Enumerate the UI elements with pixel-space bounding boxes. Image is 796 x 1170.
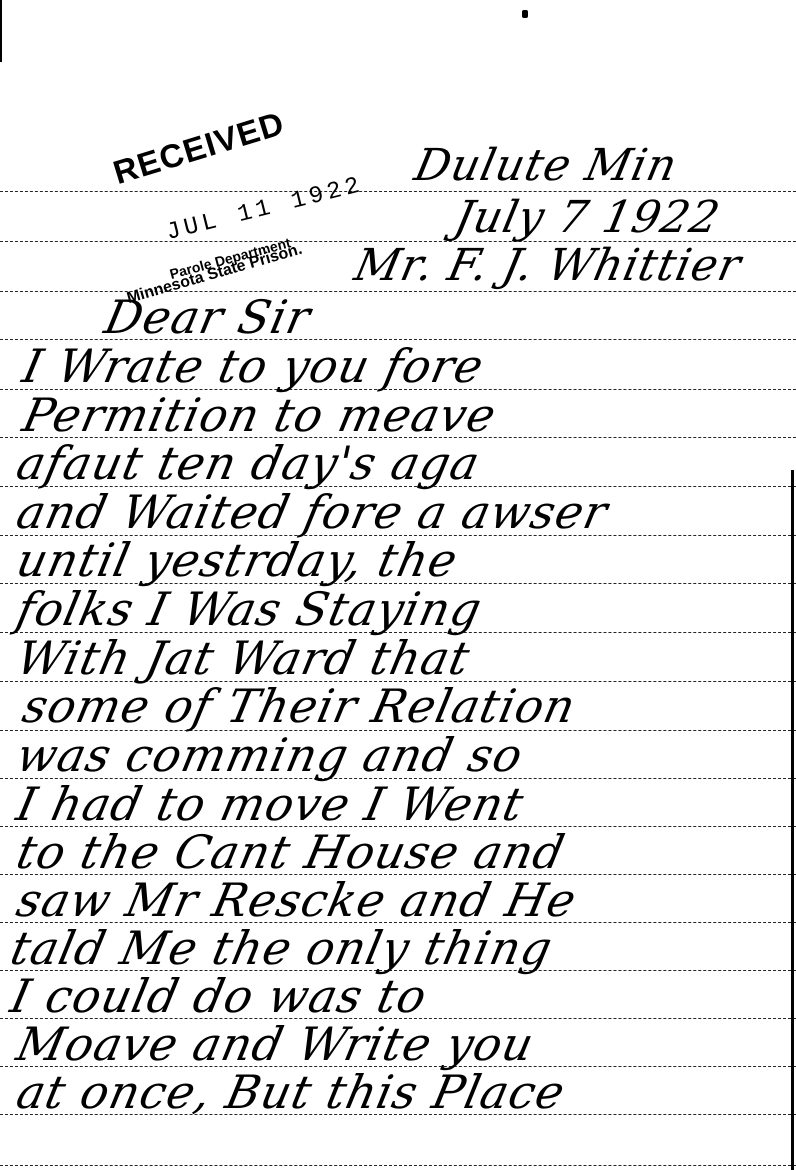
body-line: afaut ten day's aga [12, 436, 485, 490]
body-line: I could do was to [6, 969, 432, 1023]
letter-addressee: Mr. F. J. Whittier [350, 240, 746, 291]
letter-date: July 7 1922 [450, 192, 725, 243]
stamp-date: JUL 11 1922 [163, 172, 366, 247]
body-line: tald Me the only thing [6, 921, 558, 975]
body-line: Moave and Write you [12, 1017, 539, 1071]
body-line: some of Their Relation [18, 679, 581, 733]
body-line: saw Mr Rescke and He [12, 873, 582, 927]
stamp-title: RECEIVED [109, 104, 289, 192]
body-line: Permition to meave [18, 388, 501, 442]
body-line: and Waited fore a awser [12, 485, 613, 539]
body-line: I Wrate to you fore [18, 339, 489, 393]
body-line: at once, But this Place [12, 1065, 570, 1119]
page-left-edge [0, 0, 2, 62]
body-line: folks I Was Staying [12, 582, 487, 636]
body-line: until yestrday, the [12, 533, 463, 587]
letter-salutation: Dear Sir [100, 290, 316, 344]
page-right-edge [791, 470, 794, 1170]
body-line: was comming and so [12, 728, 528, 782]
scan-speck [522, 10, 528, 18]
body-line: to the Cant House and [12, 825, 570, 879]
letter-place: Dulute Min [410, 140, 682, 191]
body-line: I had to move I Went [12, 777, 529, 831]
letter-page: RECEIVED JUL 11 1922 Parole Department M… [0, 0, 796, 1170]
ruled-line [0, 1165, 796, 1166]
body-line: With Jat Ward that [12, 631, 475, 685]
